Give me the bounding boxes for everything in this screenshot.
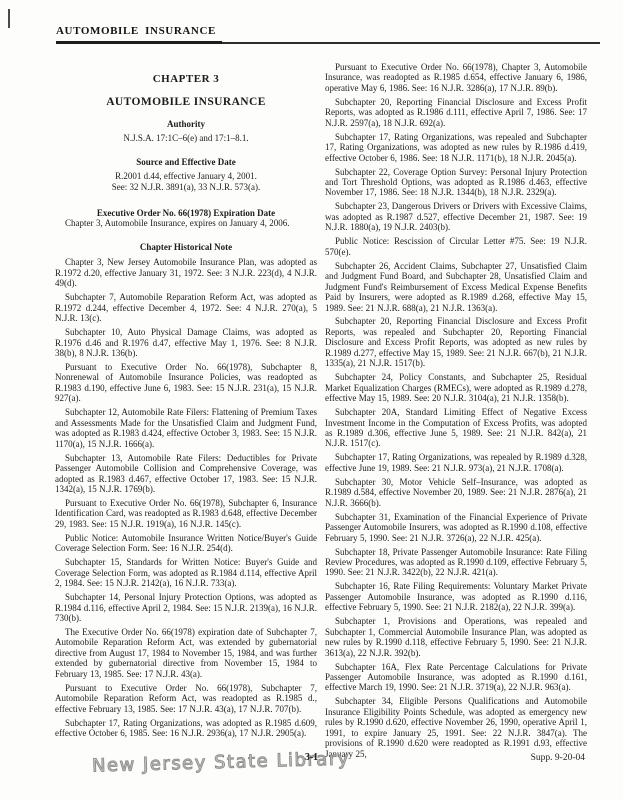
document-page: AUTOMOBILE INSURANCE CHAPTER 3 AUTOMOBIL… [0, 0, 623, 800]
expiration-text: Chapter 3, Automobile Insurance, expires… [55, 218, 317, 228]
chapter-number-heading: CHAPTER 3 [55, 74, 317, 85]
header-title-underline [56, 41, 222, 44]
historical-note-paragraph: Subchapter 7, Automobile Reparation Refo… [55, 292, 317, 323]
historical-note-paragraph: Subchapter 14, Personal Injury Protectio… [55, 592, 317, 623]
historical-note-paragraph: Subchapter 31, Examination of the Financ… [325, 512, 587, 543]
historical-note-paragraph: Subchapter 1, Provisions and Operations,… [325, 616, 587, 658]
expiration-date-heading: Executive Order No. 66(1978) Expiration … [55, 208, 317, 218]
historical-note-paragraph: Subchapter 10, Auto Physical Damage Clai… [55, 327, 317, 358]
historical-note-paragraph: Subchapter 12, Automobile Rate Filers: F… [55, 407, 317, 449]
source-effective-date-heading: Source and Effective Date [55, 157, 317, 167]
historical-note-paragraph: Public Notice: Rescission of Circular Le… [325, 236, 587, 257]
historical-note-paragraph: Subchapter 16A, Flex Rate Percentage Cal… [325, 662, 587, 693]
historical-note-paragraph: The Executive Order No. 66(1978) expirat… [55, 627, 317, 679]
historical-note-paragraph: Pursuant to Executive Order No. 66(1978)… [55, 362, 317, 404]
historical-note-paragraph: Pursuant to Executive Order No. 66(1978)… [325, 62, 587, 93]
historical-note-paragraph: Subchapter 34, Eligible Persons Qualific… [325, 696, 587, 759]
authority-citation: N.J.S.A. 17:1C–6(e) and 17:1–8.1. [55, 133, 317, 144]
historical-note-paragraph: Subchapter 15, Standards for Written Not… [55, 557, 317, 588]
right-column: Pursuant to Executive Order No. 66(1978)… [325, 62, 587, 763]
historical-note-paragraph: Pursuant to Executive Order No. 66(1978)… [55, 683, 317, 714]
supplement-date: Supp. 9-20-04 [531, 753, 585, 763]
historical-note-paragraph: Subchapter 30, Motor Vehicle Self–Insura… [325, 477, 587, 508]
chapter-title-heading: AUTOMOBILE INSURANCE [55, 96, 317, 108]
right-historical-paragraphs: Pursuant to Executive Order No. 66(1978)… [325, 62, 587, 759]
historical-note-paragraph: Subchapter 16, Rate Filing Requirements:… [325, 581, 587, 612]
left-column: CHAPTER 3 AUTOMOBILE INSURANCE Authority… [55, 60, 317, 742]
historical-note-paragraph: Subchapter 17, Rating Organizations, was… [325, 132, 587, 163]
historical-note-paragraph: Subchapter 17, Rating Organizations, was… [325, 452, 587, 473]
historical-note-paragraph: Subchapter 18, Private Passenger Automob… [325, 547, 587, 578]
left-historical-paragraphs: Chapter 3, New Jersey Automobile Insuran… [55, 257, 317, 738]
historical-note-paragraph: Subchapter 20, Reporting Financial Discl… [325, 316, 587, 368]
source-see-line: See: 32 N.J.R. 3891(a), 33 N.J.R. 573(a)… [55, 182, 317, 193]
historical-note-paragraph: Subchapter 17, Rating Organizations, was… [55, 718, 317, 739]
source-line: R.2001 d.44, effective January 4, 2001. [55, 171, 317, 182]
authority-heading: Authority [55, 119, 317, 129]
chapter-historical-note-heading: Chapter Historical Note [55, 242, 317, 252]
historical-note-paragraph: Subchapter 24, Policy Constants, and Sub… [325, 372, 587, 403]
historical-note-paragraph: Subchapter 22, Coverage Option Survey: P… [325, 167, 587, 198]
historical-note-paragraph: Subchapter 23, Dangerous Drivers or Driv… [325, 201, 587, 232]
historical-note-paragraph: Public Notice: Automobile Insurance Writ… [55, 533, 317, 554]
historical-note-paragraph: Subchapter 20A, Standard Limiting Effect… [325, 407, 587, 449]
page-number: 3-1 [0, 752, 623, 763]
historical-note-paragraph: Pursuant to Executive Order No. 66(1978)… [55, 498, 317, 529]
historical-note-paragraph: Chapter 3, New Jersey Automobile Insuran… [55, 257, 317, 288]
historical-note-paragraph: Subchapter 20, Reporting Financial Discl… [325, 97, 587, 128]
historical-note-paragraph: Subchapter 26, Accident Claims, Subchapt… [325, 261, 587, 313]
scan-artifact-mark [8, 9, 10, 28]
running-header-title: AUTOMOBILE INSURANCE [56, 25, 216, 37]
historical-note-paragraph: Subchapter 13, Automobile Rate Filers: D… [55, 453, 317, 495]
